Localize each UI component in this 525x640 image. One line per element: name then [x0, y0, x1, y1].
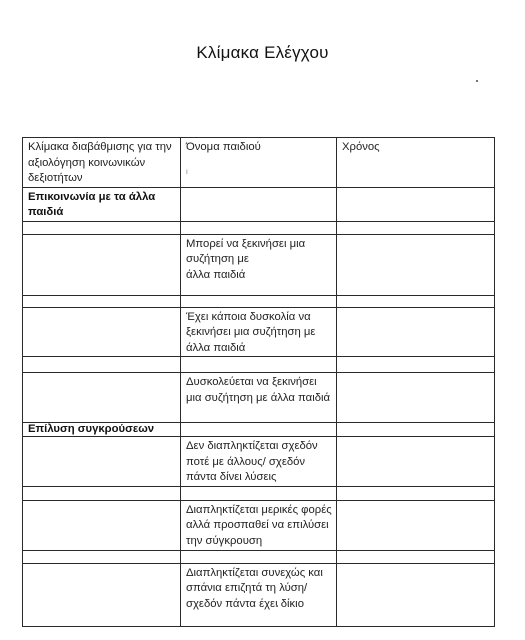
- empty-cell: [181, 295, 337, 307]
- header-scale: Κλίμακα διαβάθμισης για την αξιολόγηση κ…: [23, 138, 181, 188]
- time-cell[interactable]: [337, 563, 495, 626]
- pen-mark: ι: [186, 164, 332, 180]
- item-text: Έχει κάποια δυσκολία να ξεκινήσει μια συ…: [181, 307, 337, 357]
- document-title: Κλίμακα Ελέγχου: [0, 43, 525, 63]
- spacer-row: [23, 221, 495, 234]
- table-row: Διαπληκτίζεται μερικές φορές αλλά προσπα…: [23, 500, 495, 550]
- table-row: Μπορεί να ξεκινήσει μια συζήτηση με άλλα…: [23, 234, 495, 295]
- time-cell[interactable]: [337, 437, 495, 487]
- empty-cell: [337, 221, 495, 234]
- time-cell[interactable]: [337, 500, 495, 550]
- scan-speck: [276, 605, 278, 607]
- checklist-table: Κλίμακα διαβάθμισης για την αξιολόγηση κ…: [22, 137, 495, 627]
- empty-cell: [23, 486, 181, 500]
- header-time: Χρόνος: [337, 138, 495, 188]
- spacer-row: [23, 486, 495, 500]
- empty-cell[interactable]: [23, 500, 181, 550]
- spacer-row: [23, 550, 495, 563]
- empty-cell: [181, 357, 337, 373]
- empty-cell: [337, 486, 495, 500]
- empty-cell[interactable]: [337, 187, 495, 221]
- item-text: Δεν διαπληκτίζεται σχεδόν ποτέ με άλλους…: [181, 437, 337, 487]
- empty-cell: [181, 486, 337, 500]
- table-row: Διαπληκτίζεται συνεχώς και σπάνια επιζητ…: [23, 563, 495, 626]
- empty-cell[interactable]: [337, 423, 495, 437]
- header-child-name[interactable]: Όνομα παιδιού ι: [181, 138, 337, 188]
- header-row: Κλίμακα διαβάθμισης για την αξιολόγηση κ…: [23, 138, 495, 188]
- item-text: Δυσκολεύεται να ξεκινήσει μια συζήτηση μ…: [181, 373, 337, 423]
- time-cell[interactable]: [337, 234, 495, 295]
- table-row: Έχει κάποια δυσκολία να ξεκινήσει μια συ…: [23, 307, 495, 357]
- item-text: Διαπληκτίζεται συνεχώς και σπάνια επιζητ…: [181, 563, 337, 626]
- empty-cell[interactable]: [23, 563, 181, 626]
- empty-cell: [23, 550, 181, 563]
- header-child-name-label: Όνομα παιδιού: [186, 141, 261, 153]
- empty-cell[interactable]: [181, 423, 337, 437]
- empty-cell[interactable]: [23, 373, 181, 423]
- empty-cell: [23, 295, 181, 307]
- empty-cell: [181, 550, 337, 563]
- table-row: Δεν διαπληκτίζεται σχεδόν ποτέ με άλλους…: [23, 437, 495, 487]
- item-text: Διαπληκτίζεται μερικές φορές αλλά προσπα…: [181, 500, 337, 550]
- empty-cell[interactable]: [181, 187, 337, 221]
- empty-cell: [337, 357, 495, 373]
- section-row: Επίλυση συγκρούσεων: [23, 423, 495, 437]
- empty-cell[interactable]: [23, 437, 181, 487]
- empty-cell: [337, 295, 495, 307]
- scan-speck: [476, 80, 478, 82]
- table-row: Δυσκολεύεται να ξεκινήσει μια συζήτηση μ…: [23, 373, 495, 423]
- empty-cell: [23, 357, 181, 373]
- empty-cell: [337, 550, 495, 563]
- empty-cell: [181, 221, 337, 234]
- empty-cell: [23, 221, 181, 234]
- time-cell[interactable]: [337, 307, 495, 357]
- empty-cell[interactable]: [23, 307, 181, 357]
- section-title-communication: Επικοινωνία με τα άλλα παιδιά: [23, 187, 181, 221]
- time-cell[interactable]: [337, 373, 495, 423]
- item-text: Μπορεί να ξεκινήσει μια συζήτηση με άλλα…: [181, 234, 337, 295]
- spacer-row: [23, 295, 495, 307]
- spacer-row: [23, 357, 495, 373]
- section-title-conflict-resolution: Επίλυση συγκρούσεων: [23, 423, 181, 437]
- empty-cell[interactable]: [23, 234, 181, 295]
- section-row: Επικοινωνία με τα άλλα παιδιά: [23, 187, 495, 221]
